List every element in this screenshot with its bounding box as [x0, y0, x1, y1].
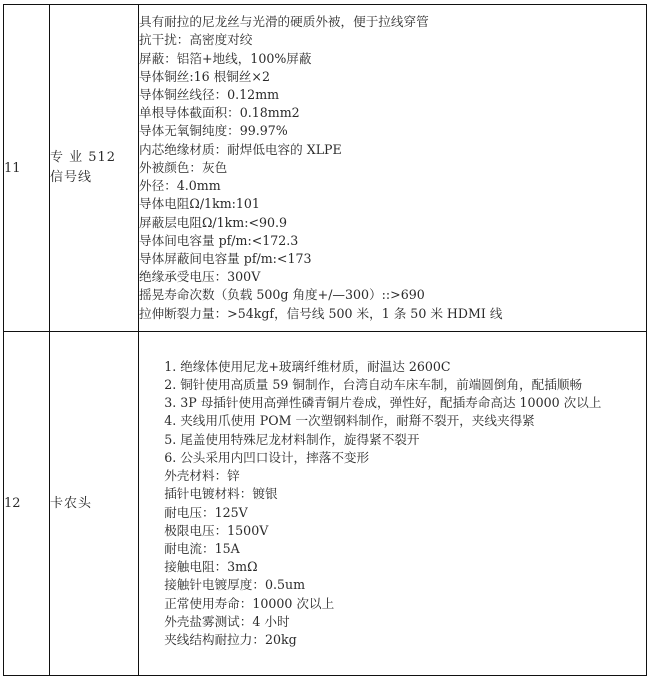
spec-line: 夹线结构耐拉力：20kg — [139, 631, 646, 649]
feature-item: 1. 绝缘体使用尼龙+玻璃纤维材质，耐温达 2600C — [139, 358, 646, 376]
feature-item: 6. 公头采用内凹口设计，摔落不变形 — [139, 449, 646, 467]
feature-item: 2. 铜针使用高质量 59 铜制作，台湾自动车床车制，前端圆倒角，配插顺畅 — [139, 376, 646, 394]
table-row-11: 11 专 业 512 信号线 具有耐拉的尼龙丝与光滑的硬质外被，便于拉线穿管 抗… — [4, 5, 647, 332]
spec-line: 抗干扰：高密度对绞 — [139, 31, 646, 49]
spec-line: 导体屏蔽间电容量 pf/m:<173 — [139, 250, 646, 268]
spec-line: 屏蔽层电阻Ω/1km:<90.9 — [139, 214, 646, 232]
spec-line: 外壳材料：锌 — [139, 467, 646, 485]
spec-line: 接触电阻：3mΩ — [139, 558, 646, 576]
spec-line: 具有耐拉的尼龙丝与光滑的硬质外被，便于拉线穿管 — [139, 13, 646, 31]
row-number: 11 — [4, 5, 50, 332]
feature-item: 3. 3P 母插针使用高弹性磷青铜片卷成，弹性好，配插寿命高达 10000 次以… — [139, 394, 646, 412]
spec-line: 耐电流：15A — [139, 540, 646, 558]
spec-line: 正常使用寿命：10000 次以上 — [139, 595, 646, 613]
spec-line: 外被颜色：灰色 — [139, 159, 646, 177]
spec-line: 导体电阻Ω/1km:101 — [139, 195, 646, 213]
item-name-line-1: 卡农头 — [50, 494, 138, 514]
spec-table: 11 专 业 512 信号线 具有耐拉的尼龙丝与光滑的硬质外被，便于拉线穿管 抗… — [3, 4, 647, 676]
feature-item: 4. 夹线用爪使用 POM 一次塑钢料制作，耐搿不裂开，夹线夹得紧 — [139, 412, 646, 430]
table-row-12: 12 卡农头 1. 绝缘体使用尼龙+玻璃纤维材质，耐温达 2600C 2. 铜针… — [4, 332, 647, 676]
spec-line: 耐电压：125V — [139, 504, 646, 522]
spec-line: 屏蔽：铝箔+地线，100%屏蔽 — [139, 50, 646, 68]
spec-line: 拉伸断裂力量：>54kgf，信号线 500 米，1 条 50 米 HDMI 线 — [139, 305, 646, 323]
spec-line: 极限电压：1500V — [139, 522, 646, 540]
item-name: 专 业 512 信号线 — [50, 5, 139, 332]
item-name-line-1: 专 业 512 — [50, 148, 138, 168]
spec-line: 导体铜丝线径：0.12mm — [139, 86, 646, 104]
spec-line: 导体间电容量 pf/m:<172.3 — [139, 232, 646, 250]
spec-line: 内芯绝缘材质：耐焊低电容的 XLPE — [139, 141, 646, 159]
spec-line: 导体无氧铜纯度：99.97% — [139, 122, 646, 140]
spec-line: 绝缘承受电压：300V — [139, 268, 646, 286]
spec-line: 插针电镀材料：镀银 — [139, 485, 646, 503]
row-number: 12 — [4, 332, 50, 676]
item-name-line-2: 信号线 — [50, 168, 138, 188]
spec-line: 外径：4.0mm — [139, 177, 646, 195]
spec-line: 摇晃寿命次数（负载 500g 角度+/—300）::>690 — [139, 286, 646, 304]
item-description: 具有耐拉的尼龙丝与光滑的硬质外被，便于拉线穿管 抗干扰：高密度对绞 屏蔽：铝箔+… — [139, 5, 647, 332]
feature-item: 5. 尾盖使用特殊尼龙材料制作，旋得紧不裂开 — [139, 431, 646, 449]
item-name: 卡农头 — [50, 332, 139, 676]
spec-line: 外壳盐雾测试：4 小时 — [139, 613, 646, 631]
spec-line: 接触针电镀厚度：0.5um — [139, 576, 646, 594]
spec-line: 导体铜丝:16 根铜丝×2 — [139, 68, 646, 86]
item-description: 1. 绝缘体使用尼龙+玻璃纤维材质，耐温达 2600C 2. 铜针使用高质量 5… — [139, 332, 647, 676]
spec-line: 单根导体截面积：0.18mm2 — [139, 104, 646, 122]
